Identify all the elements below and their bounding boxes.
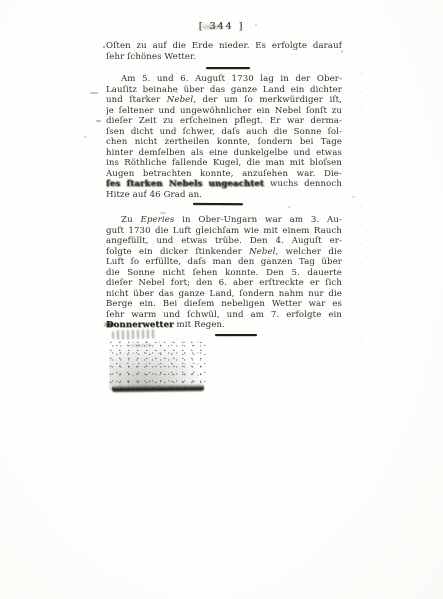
noise-speck	[103, 46, 105, 48]
text-line: ins Röthliche fallende Kugel, die man mi…	[106, 158, 342, 169]
italic-word: Eperies	[140, 215, 174, 225]
paragraph-continuation: Oſten zu auf die Erde nieder. Es erfolgt…	[106, 41, 342, 62]
dirt-grain-patch	[109, 340, 207, 390]
text-line: und ſtarker Nebel, der um ſo merkwürdige…	[106, 95, 342, 106]
ink-blot	[103, 321, 116, 328]
text-segment: Zu	[121, 215, 140, 225]
text-line: dieſer Zeit zu erſcheinen pflegt. Er war…	[106, 116, 342, 127]
noise-speck	[160, 212, 166, 214]
noise-speck	[288, 206, 290, 208]
noise-speck	[90, 92, 98, 94]
section-divider-rule	[206, 67, 250, 69]
text-line: Augen betrachten konnte, anzuſehen war. …	[106, 169, 342, 180]
text-line: chen nicht zertheilen konnte, ſondern be…	[106, 137, 342, 148]
text-segment: folgte ein dicker ſtinkender	[106, 247, 249, 257]
text-line: die Sonne nicht ſehen konnte. Den 5. dau…	[106, 268, 342, 279]
noise-speck	[341, 50, 343, 53]
text-line: nicht über das ganze Land, ſondern nahm …	[106, 289, 342, 300]
dark-smear-streak	[112, 383, 204, 392]
paragraph-eperies: Zu Eperies in Ober-Ungarn war am 3. Au- …	[106, 215, 342, 331]
text-line: folgte ein dicker ſtinkender Nebel, welc…	[106, 247, 342, 258]
noise-speck	[84, 136, 87, 138]
italic-word: Nebel,	[249, 247, 278, 257]
text-line-smudged: ſes ſtarken Nebels ungeachtet wuchs denn…	[106, 179, 342, 190]
text-line: angefüllt, und etwas trübe. Den 4. Auguſ…	[106, 236, 342, 247]
section-divider-rule	[215, 334, 257, 336]
noise-speck	[352, 196, 355, 198]
text-segment: in Ober-Ungarn war am 3. Au-	[174, 215, 342, 225]
text-line: guſt 1730 die Luft gleichſam wie mit ein…	[106, 226, 342, 237]
text-line: Oſten zu auf die Erde nieder. Es erfolgt…	[106, 41, 342, 52]
ghost-offset-mark	[112, 329, 156, 340]
scanned-book-page: [ 344 ] Oſten zu auf die Erde nieder. Es…	[0, 0, 443, 599]
text-segment: der um ſo merkwürdiger iſt,	[196, 95, 342, 105]
text-line: hinter demſelben als eine dunkelgelbe un…	[106, 148, 342, 159]
text-line: Lauſitz beinahe über das ganze Land ein …	[106, 85, 342, 96]
text-line: Luft ſo erfüllte, daſs man den ganzen Ta…	[106, 257, 342, 268]
section-divider-rule	[193, 203, 243, 205]
text-line: ſehr warm und ſchwül, und am 7. erfolgte…	[106, 310, 342, 321]
text-segment: mit Regen.	[174, 320, 225, 330]
noise-speck	[130, 344, 152, 347]
text-line: Berge ein. Bei dieſem nebeligen Wetter w…	[106, 299, 342, 310]
ink-smudge	[202, 25, 220, 29]
text-line: Zu Eperies in Ober-Ungarn war am 3. Au-	[106, 215, 342, 226]
text-line: ſehr ſchönes Wetter.	[106, 52, 342, 63]
text-line: dieſer Nebel fort; den 6. aber erſtreckt…	[106, 278, 342, 289]
text-segment: welcher die	[278, 247, 342, 257]
text-line: ſsen dicht und ſchwer, daſs auch die Son…	[106, 127, 342, 138]
italic-word: Nebel,	[167, 95, 196, 105]
text-line: Hitze auf 46 Grad an.	[106, 190, 342, 201]
text-line: je ſeltener und ungewöhnlicher ein Nebel…	[106, 106, 342, 117]
smudged-text-segment: ſes ſtarken Nebels ungeachtet	[106, 179, 264, 189]
text-line: Am 5. und 6. Auguſt 1730 lag in der Ober…	[106, 74, 342, 85]
smudged-text-segment: Donnerwetter	[106, 320, 174, 330]
paragraph-ober-lausitz: Am 5. und 6. Auguſt 1730 lag in der Ober…	[106, 74, 342, 200]
noise-speck	[96, 120, 101, 122]
text-segment: und ſtarker	[106, 95, 167, 105]
page-number: [ 344 ]	[0, 21, 443, 32]
noise-speck	[255, 24, 257, 26]
